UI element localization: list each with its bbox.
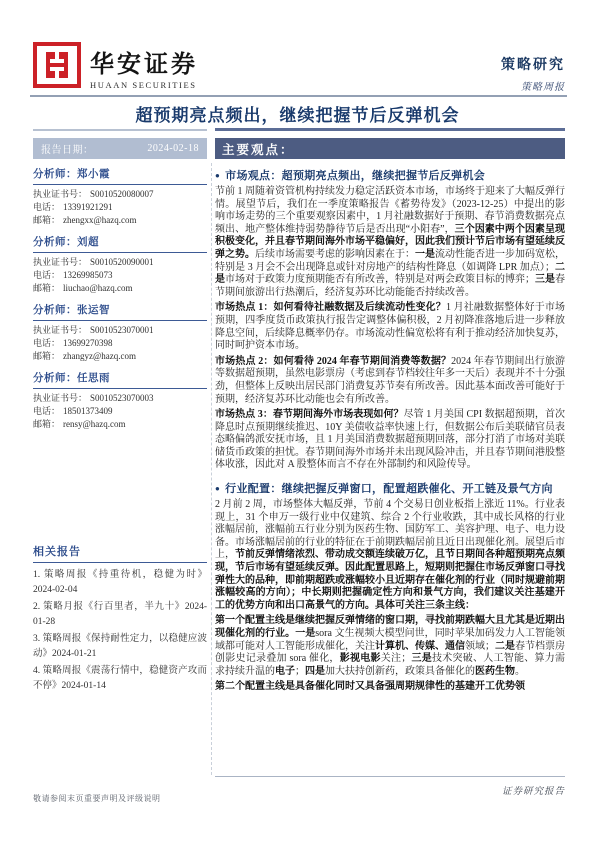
bullet-icon: ●: [215, 171, 220, 180]
analyst-field: 邮箱：zhengxx@hazq.com: [33, 214, 207, 227]
paragraph: 节前 1 周随着资管机构持续发力稳定活跃资本市场，市场终于迎来了大幅反弹行情。展…: [215, 186, 565, 299]
analyst-field-value: S0010523070003: [90, 392, 154, 405]
paragraph: 第一个配置主线是继续把握反弹情绪的窗口期，寻找前期跌幅大且尤其是近期出现催化剂的…: [215, 615, 565, 678]
related-report-item: 2. 策略月报《行百里者，半九十》2024-01-28: [33, 600, 207, 629]
analyst-field: 邮箱：rensy@hazq.com: [33, 418, 207, 431]
analyst-field: 电话：18501373409: [33, 405, 207, 418]
analyst-field-value: liuchao@hazq.com: [63, 282, 133, 295]
analyst-field: 执业证书号：S0010523070003: [33, 392, 207, 405]
analyst-field-value: S0010520080007: [90, 188, 154, 201]
key-points-bar: 主要观点：: [215, 138, 565, 159]
analyst-field-label: 电话：: [33, 405, 60, 418]
related-report-item: 4. 策略周报《震荡行情中，稳健资产攻而不停》2024-01-14: [33, 664, 207, 693]
section-heading-text: 市场观点：超预期亮点频出，继续把握节后反弹机会: [225, 167, 485, 183]
column-divider: [211, 163, 212, 775]
analyst-field-value: S0010523070001: [90, 324, 154, 337]
section-heading: ●行业配置：继续把握反弹窗口，配置超跌催化、开工链及景气方向: [215, 480, 565, 496]
analyst-field-label: 电话：: [33, 269, 60, 282]
page-header: 华安证券 HUAAN SECURITIES 策略研究 策略周报: [33, 42, 565, 93]
analyst-name: 分析师：刘超: [33, 234, 207, 253]
analyst-field-value: S0010520090001: [90, 256, 154, 269]
brand-name-cn: 华安证券: [90, 44, 198, 79]
related-report-item: 3. 策略周报《保持耐性定力，以稳健应波动》2024-01-21: [33, 632, 207, 661]
analyst-name: 分析师：张运智: [33, 302, 207, 321]
analyst-field: 邮箱：zhangyz@hazq.com: [33, 350, 207, 363]
analyst-field: 电话：13391921291: [33, 201, 207, 214]
bullet-icon: ●: [215, 484, 220, 493]
analyst-block: 分析师：任思雨执业证书号：S0010523070003电话：1850137340…: [33, 370, 207, 431]
analyst-block: 分析师：张运智执业证书号：S0010523070001电话：1369927039…: [33, 302, 207, 363]
title-divider-left: [33, 129, 207, 131]
analyst-field-label: 电话：: [33, 201, 60, 214]
analyst-field-value: 18501373409: [63, 405, 113, 418]
report-page: 华安证券 HUAAN SECURITIES 策略研究 策略周报 超预期亮点频出，…: [0, 0, 595, 842]
analyst-field-value: rensy@hazq.com: [63, 418, 126, 431]
analyst-field-label: 执业证书号：: [33, 188, 87, 201]
related-report-item: 1. 策略周报《持重待机，稳健为时》2024-02-04: [33, 568, 207, 597]
section-heading: ●市场观点：超预期亮点频出，继续把握节后反弹机会: [215, 167, 565, 183]
analyst-field-value: zhengxx@hazq.com: [63, 214, 137, 227]
paragraph: 第二个配置主线是具备催化同时又具备强周期规律性的基建开工优势领: [215, 681, 565, 694]
analyst-field-label: 电话：: [33, 337, 60, 350]
sidebar: 报告日期： 2024-02-18 分析师：郑小霞执业证书号：S001052008…: [33, 138, 207, 696]
report-date-bar: 报告日期： 2024-02-18: [33, 138, 207, 159]
main-blocks: ●市场观点：超预期亮点频出，继续把握节后反弹机会节前 1 周随着资管机构持续发力…: [215, 167, 565, 694]
analyst-field-label: 执业证书号：: [33, 392, 87, 405]
report-type: 策略研究 策略周报: [501, 42, 565, 93]
analyst-name: 分析师：郑小霞: [33, 166, 207, 185]
related-reports-list: 1. 策略周报《持重待机，稳健为时》2024-02-042. 策略月报《行百里者…: [33, 568, 207, 693]
analyst-field-label: 邮箱：: [33, 350, 60, 363]
header-divider: [30, 95, 567, 97]
analyst-field-value: 13699270398: [63, 337, 113, 350]
analyst-field: 执业证书号：S0010520090001: [33, 256, 207, 269]
footer-report-type: 证券研究报告: [502, 783, 565, 797]
analyst-field-value: 13391921291: [63, 201, 113, 214]
analyst-field-label: 执业证书号：: [33, 256, 87, 269]
paragraph: 市场热点 3：春节期间海外市场表现如何？尽管 1 月美国 CPI 数据超预期，首…: [215, 409, 565, 472]
analyst-field: 电话：13699270398: [33, 337, 207, 350]
main-content: 主要观点： ●市场观点：超预期亮点频出，继续把握节后反弹机会节前 1 周随着资管…: [215, 138, 565, 697]
paragraph: 市场热点 2：如何看待 2024 年春节期间消费等数据？2024 年春节期间出行…: [215, 356, 565, 406]
brand-name-en: HUAAN SECURITIES: [90, 80, 198, 90]
analyst-block: 分析师：郑小霞执业证书号：S0010520080007电话：1339192129…: [33, 166, 207, 227]
report-date-label: 报告日期：: [41, 141, 94, 156]
paragraph: 2 月前 2 周，市场整体大幅反弹，节前 4 个交易日创业板指上涨近 11%。行…: [215, 499, 565, 612]
key-points-label: 主要观点：: [222, 140, 295, 158]
analyst-name: 分析师：任思雨: [33, 370, 207, 389]
report-date-value: 2024-02-18: [147, 143, 199, 154]
footer-disclaimer: 敬请参阅末页重要声明及评级说明: [33, 793, 161, 804]
analyst-field-value: zhangyz@hazq.com: [63, 350, 136, 363]
analyst-field: 电话：13269985073: [33, 269, 207, 282]
paragraph: 市场热点 1：如何看待社融数据及后续流动性变化？1 月社融数据整体好于市场预期，…: [215, 302, 565, 352]
related-reports-heading: 相关报告: [33, 543, 207, 563]
analyst-field-label: 邮箱：: [33, 214, 60, 227]
brand-text: 华安证券 HUAAN SECURITIES: [90, 42, 198, 90]
analyst-field-label: 邮箱：: [33, 282, 60, 295]
analyst-field: 执业证书号：S0010523070001: [33, 324, 207, 337]
analyst-field-label: 邮箱：: [33, 418, 60, 431]
report-title: 超预期亮点频出，继续把握节后反弹机会: [0, 101, 595, 126]
brand: 华安证券 HUAAN SECURITIES: [33, 42, 198, 93]
report-subcategory: 策略周报: [501, 78, 565, 93]
related-reports: 相关报告 1. 策略周报《持重待机，稳健为时》2024-02-042. 策略月报…: [33, 543, 207, 693]
analyst-field: 邮箱：liuchao@hazq.com: [33, 282, 207, 295]
analysts-list: 分析师：郑小霞执业证书号：S0010520080007电话：1339192129…: [33, 166, 207, 431]
report-category: 策略研究: [501, 54, 565, 74]
analyst-field-value: 13269985073: [63, 269, 113, 282]
section-heading-text: 行业配置：继续把握反弹窗口，配置超跌催化、开工链及景气方向: [225, 480, 553, 496]
title-divider-right: [215, 128, 565, 131]
analyst-field-label: 执业证书号：: [33, 324, 87, 337]
analyst-field: 执业证书号：S0010520080007: [33, 188, 207, 201]
footer-divider: [215, 776, 565, 777]
huaan-logo-icon: [33, 42, 81, 88]
analyst-block: 分析师：刘超执业证书号：S0010520090001电话：13269985073…: [33, 234, 207, 295]
